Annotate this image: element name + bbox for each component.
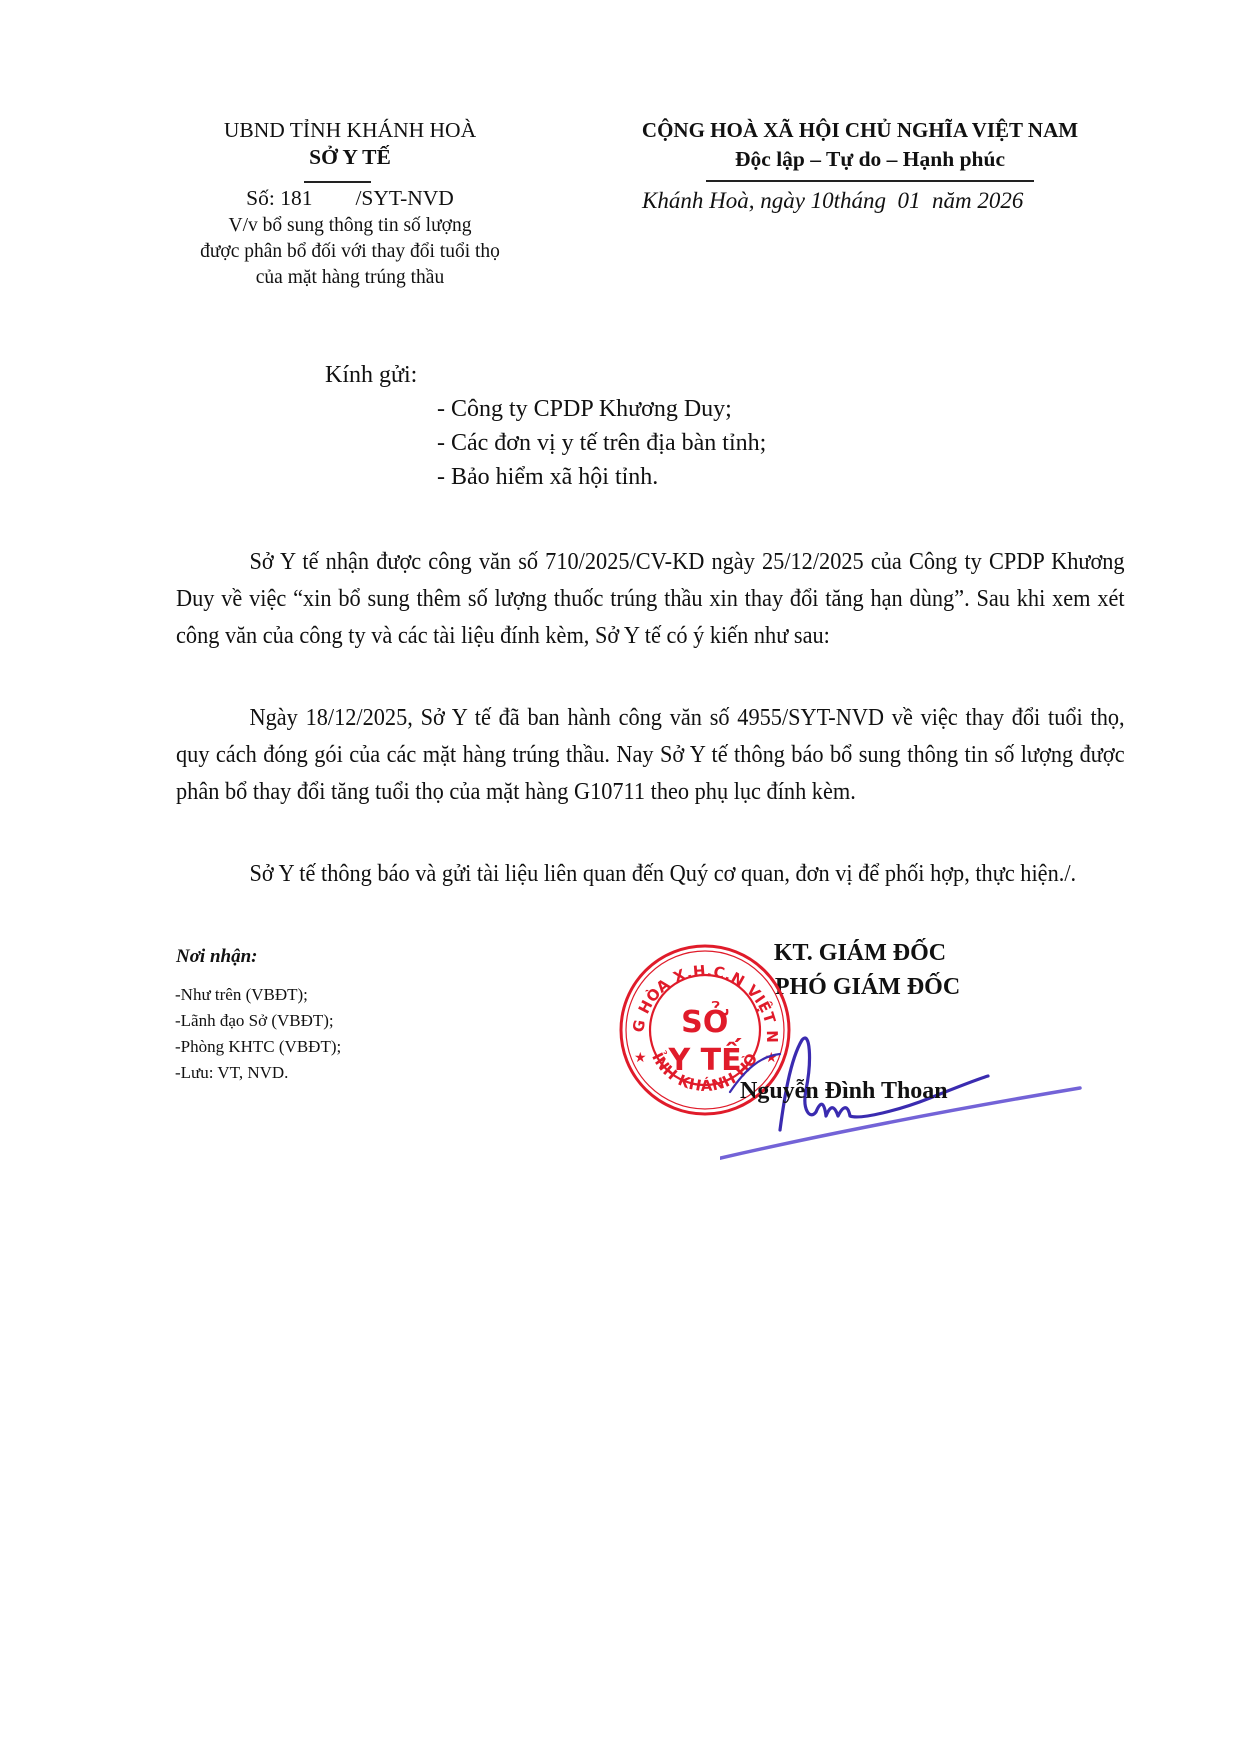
subject-line-2: được phân bổ đối với thay đổi tuổi thọ: [150, 241, 550, 263]
subject-line-3: của mặt hàng trúng thầu: [150, 267, 550, 289]
body-paragraph-1: Sở Y tế nhận được công văn số 710/2025/C…: [176, 544, 1125, 655]
star-icon: ★: [634, 1050, 647, 1066]
body-paragraph-2: Ngày 18/12/2025, Sở Y tế đã ban hành côn…: [176, 700, 1125, 811]
body-paragraph-1-text: Sở Y tế nhận được công văn số 710/2025/C…: [176, 549, 1125, 649]
department-name: SỞ Y TẾ: [150, 145, 550, 170]
body-paragraph-2-text: Ngày 18/12/2025, Sở Y tế đã ban hành côn…: [176, 705, 1125, 805]
department-underline: [304, 181, 371, 183]
place-and-date: Khánh Hoà, ngày 10tháng 01 năm 2026: [642, 188, 1023, 214]
addressee-item: - Bảo hiểm xã hội tỉnh.: [437, 464, 658, 491]
addressee-item: - Công ty CPDP Khương Duy;: [437, 396, 732, 423]
recipient-item: -Lưu: VT, NVD.: [175, 1060, 288, 1086]
body-paragraph-3-text: Sở Y tế thông báo và gửi tài liệu liên q…: [249, 861, 1076, 887]
addressee-label: Kính gửi:: [325, 362, 417, 389]
recipient-item: -Như trên (VBĐT);: [175, 982, 308, 1008]
addressee-item: - Các đơn vị y tế trên địa bàn tỉnh;: [437, 430, 766, 457]
issuing-authority: UBND TỈNH KHÁNH HOÀ: [150, 118, 550, 143]
recipients-label: Nơi nhận:: [176, 946, 257, 968]
national-motto: Độc lập – Tự do – Hạnh phúc: [600, 147, 1140, 172]
signer-name: Nguyễn Đình Thoan: [740, 1078, 948, 1105]
motto-underline: [706, 180, 1034, 182]
subject-line-1: V/v bổ sung thông tin số lượng: [150, 215, 550, 237]
country-name: CỘNG HOÀ XÃ HỘI CHỦ NGHĨA VIỆT NAM: [580, 118, 1140, 143]
body-paragraph-3: Sở Y tế thông báo và gửi tài liệu liên q…: [176, 856, 1125, 893]
recipient-item: -Phòng KHTC (VBĐT);: [175, 1034, 341, 1060]
document-number: Số: 181 /SYT-NVD: [150, 186, 550, 211]
recipient-item: -Lãnh đạo Sở (VBĐT);: [175, 1008, 334, 1034]
